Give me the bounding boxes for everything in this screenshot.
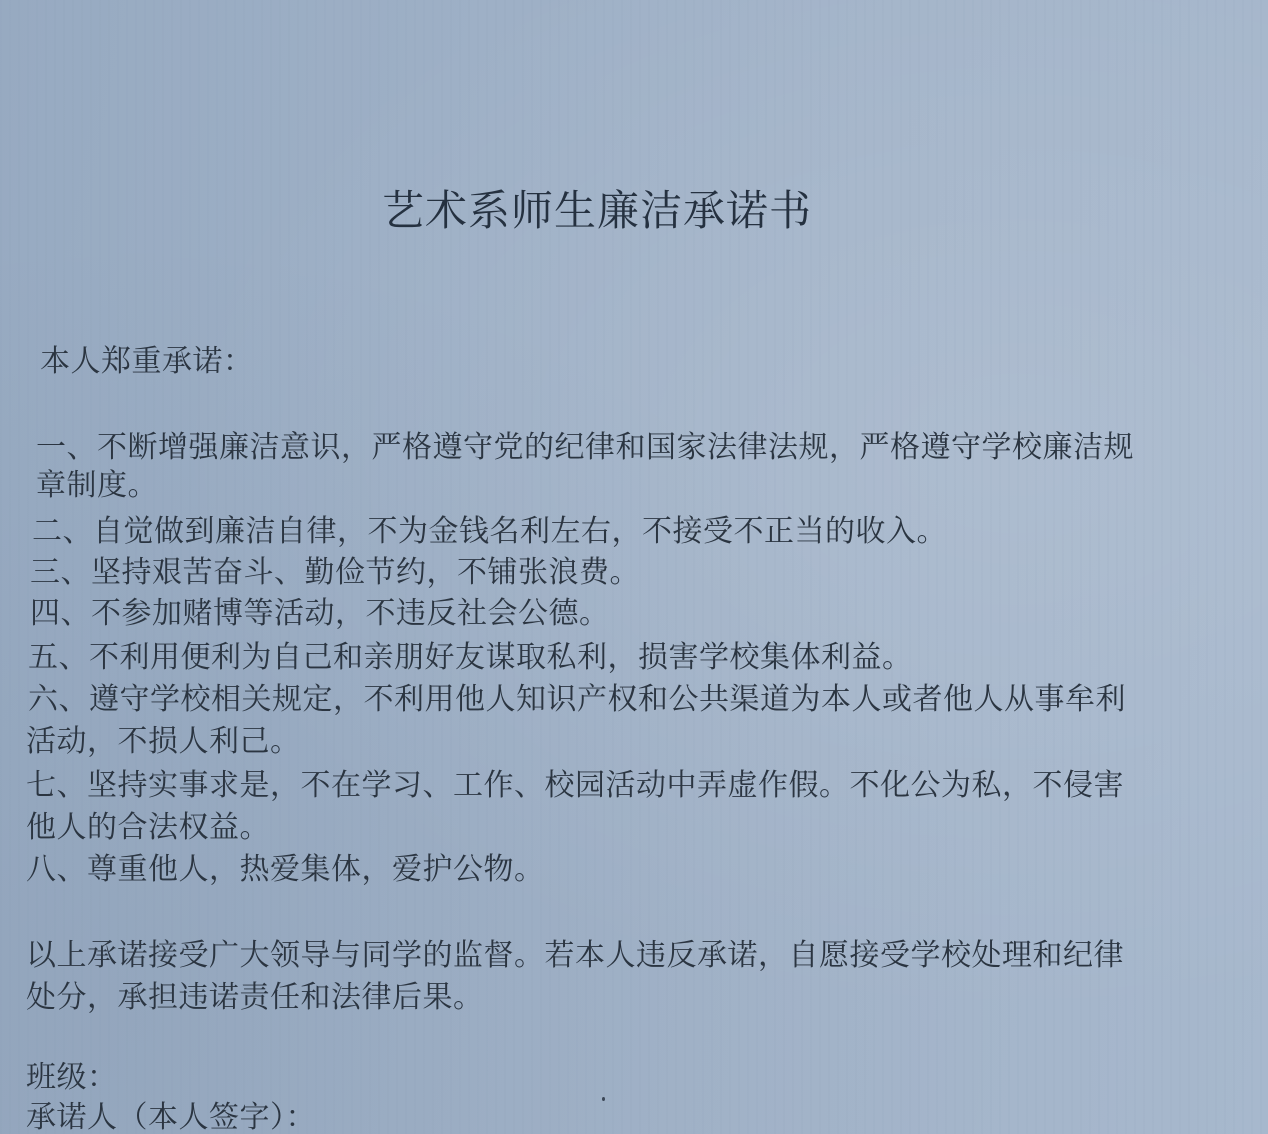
pledge-5: 五、不利用便利为自己和亲朋好友谋取私利，损害学校集体利益。 (28, 638, 913, 678)
class-field-label: 班级： (26, 1058, 118, 1098)
pledge-1-line-2: 章制度。 (36, 466, 158, 506)
pledge-7-line-1: 七、坚持实事求是，不在学习、工作、校园活动中弄虚作假。不化公为私，不侵害 (26, 766, 1124, 806)
pledge-2: 二、自觉做到廉洁自律，不为金钱名利左右，不接受不正当的收入。 (32, 512, 947, 552)
pledge-4: 四、不参加赌博等活动，不违反社会公德。 (30, 594, 610, 634)
pledge-1-line-1: 一、不断增强廉洁意识，严格遵守党的纪律和国家法律法规，严格遵守学校廉洁规 (36, 428, 1134, 468)
closing-line-2: 处分，承担违诺责任和法律后果。 (26, 978, 484, 1018)
ink-speck (602, 1097, 605, 1101)
pledge-6-line-2: 活动，不损人利己。 (26, 722, 301, 762)
pledge-6-line-1: 六、遵守学校相关规定，不利用他人知识产权和公共渠道为本人或者他人从事牟利 (28, 680, 1126, 720)
pledge-7-line-2: 他人的合法权益。 (26, 808, 270, 848)
pledge-8: 八、尊重他人，热爱集体，爱护公物。 (26, 850, 545, 890)
closing-line-1: 以上承诺接受广大领导与同学的监督。若本人违反承诺，自愿接受学校处理和纪律 (26, 936, 1124, 976)
document-title: 艺术系师生廉洁承诺书 (382, 178, 812, 238)
signature-field-label: 承诺人（本人签字）： (26, 1098, 316, 1134)
intro-statement: 本人郑重承诺： (40, 342, 254, 382)
pledge-3: 三、坚持艰苦奋斗、勤俭节约，不铺张浪费。 (30, 553, 640, 593)
